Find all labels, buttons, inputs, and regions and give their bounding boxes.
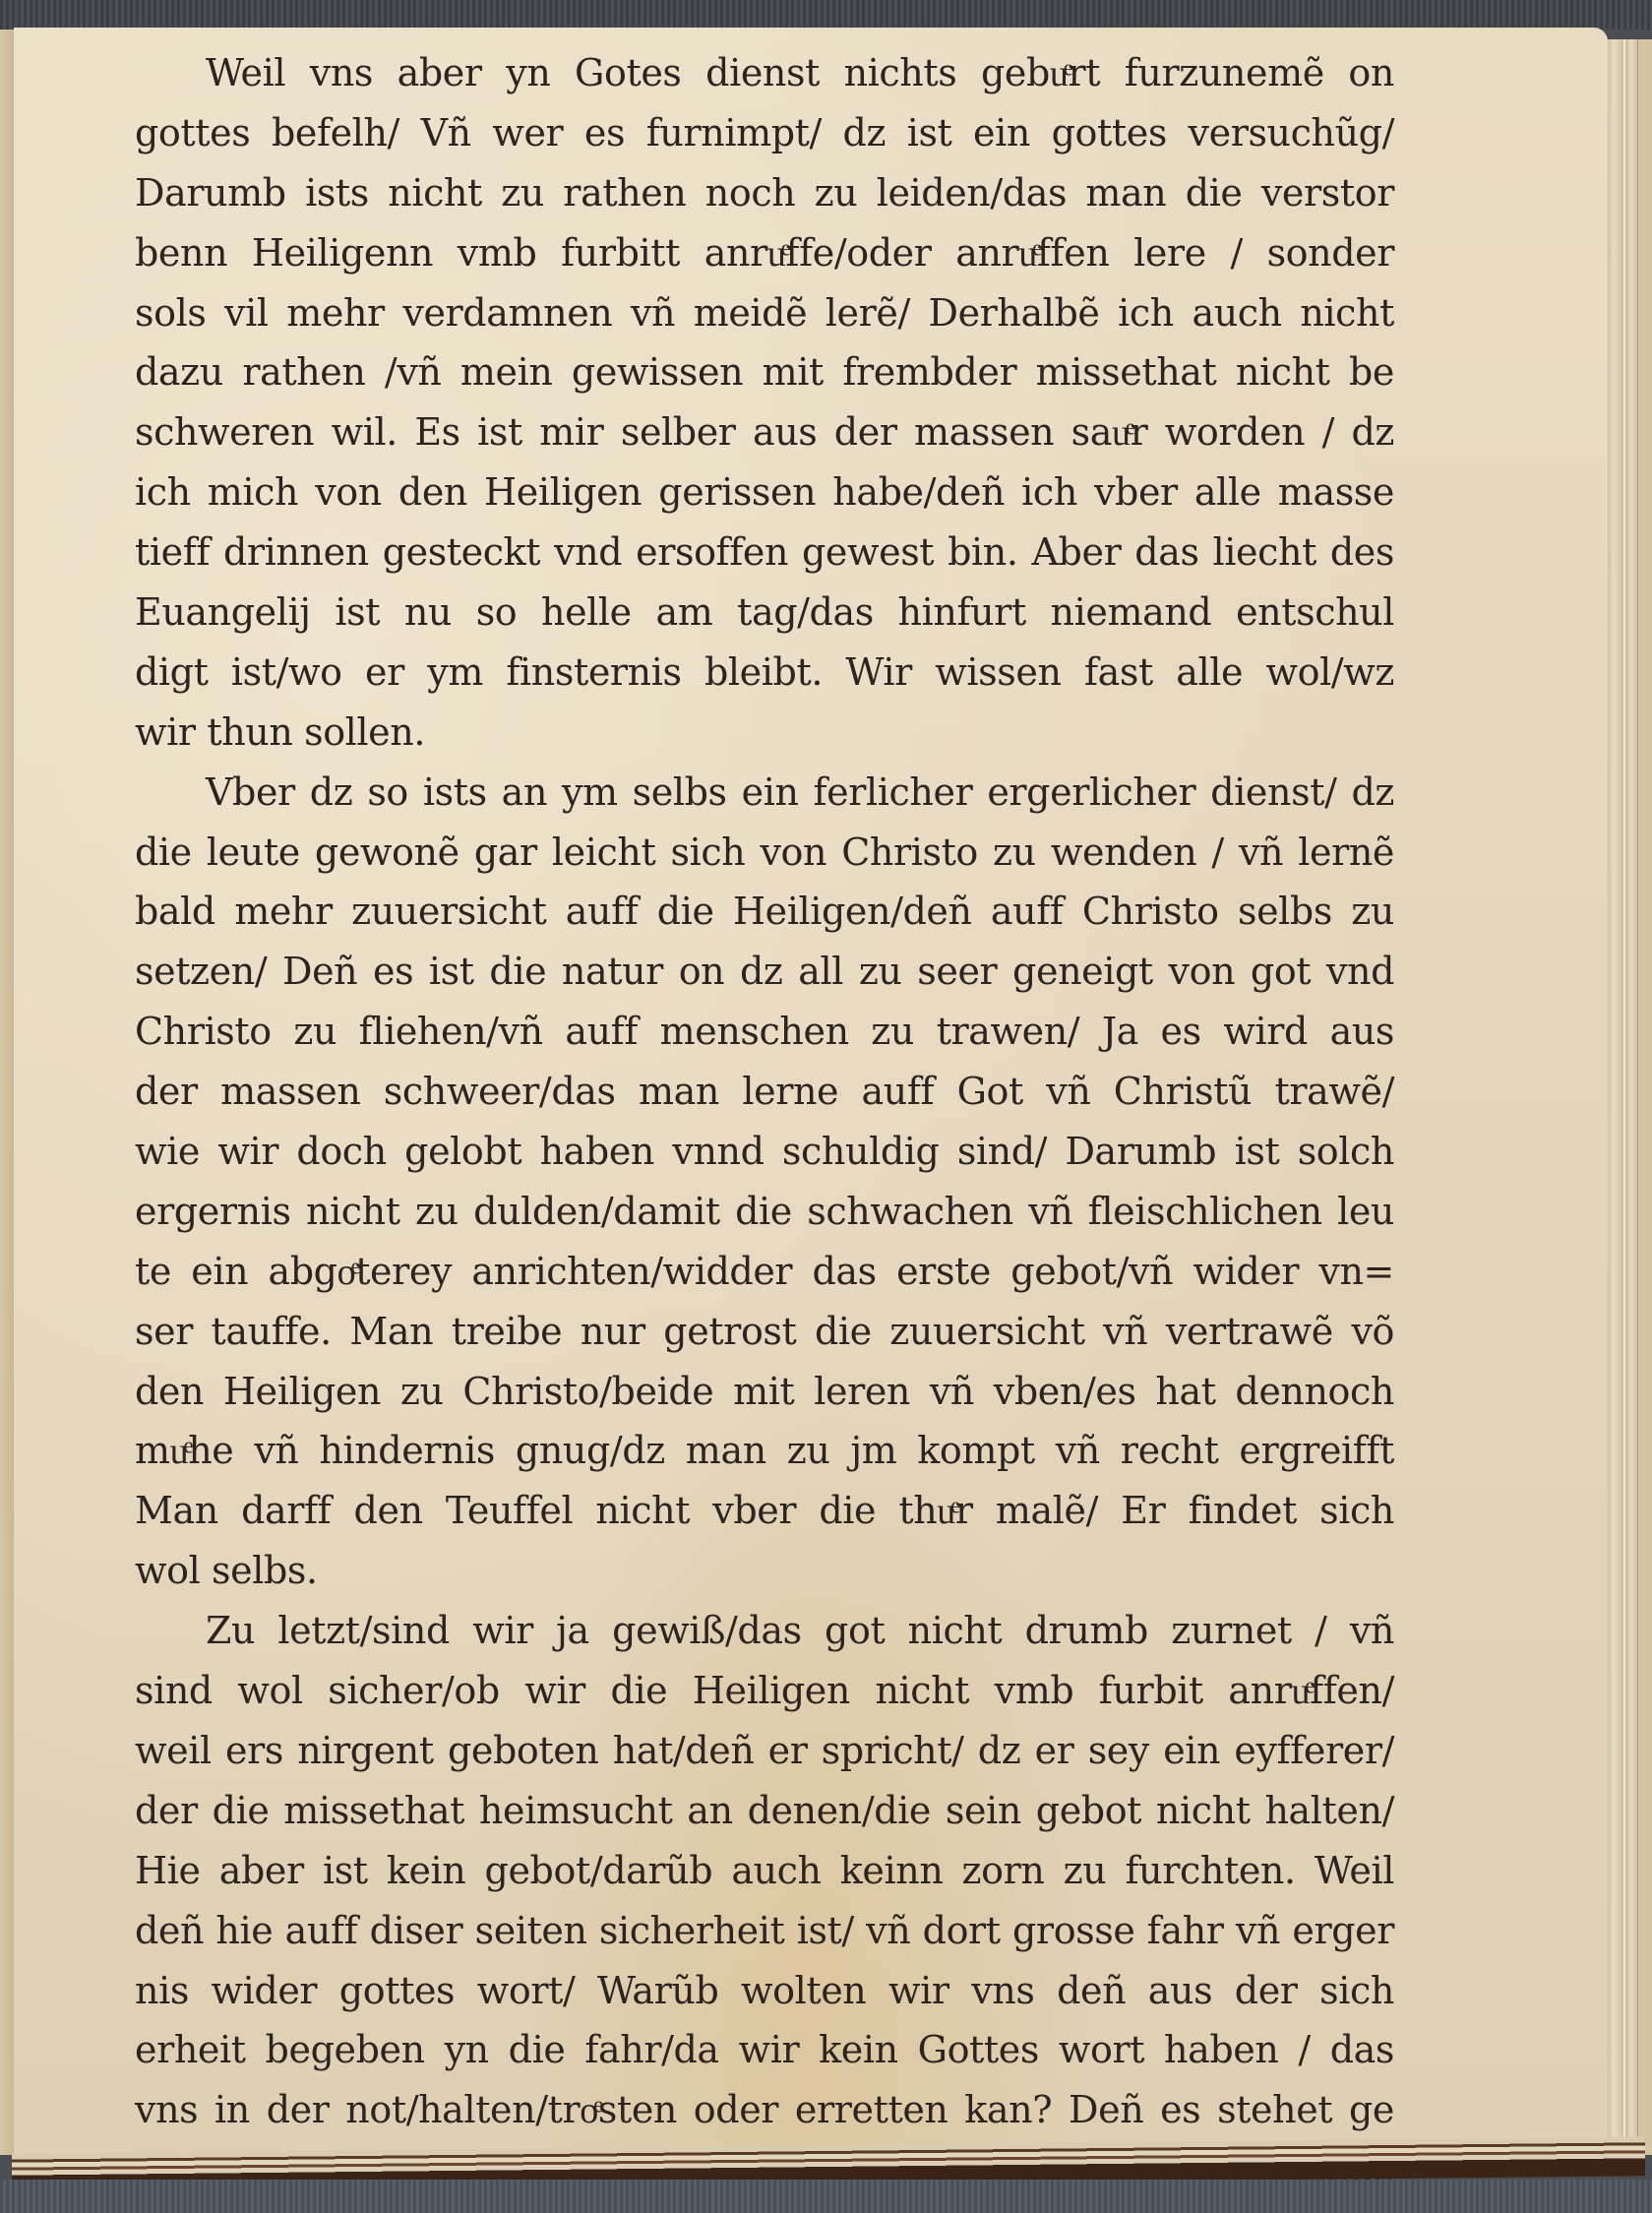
background-cloth-bottom [0,2180,1652,2213]
page-fore-edge [1637,39,1652,2155]
text-line: Zu letzt/sind wir ja gewiß/das got nicht… [135,1601,1394,1661]
text-line: setzen/ Deñ es ist die natur on dz all … [135,942,1394,1002]
text-line: der massen schweer/das man lerne auff Go… [135,1062,1394,1122]
text-line: Christo zu fliehen/vñ auff menschen zu … [135,1002,1394,1062]
text-line: die leute gewonẽ gar leicht sich von Ch… [135,823,1394,883]
text-line: dazu rathen /vñ mein gewissen mit fremb… [135,342,1394,402]
text-line: gottes befelh/ Vñ wer es furnimpt/ dz i… [135,103,1394,163]
text-line: digt ist/wo er ym finsternis bleibt. Wir… [135,643,1394,703]
text-block: Weil vns aber yn Gotes dienst nichts geb… [135,43,1394,2200]
text-line: Weil vns aber yn Gotes dienst nichts geb… [135,43,1394,103]
text-line: Man darff den Teuffel nicht vber die thu… [135,1481,1394,1541]
text-line: muͤhe vñ hindernis gnug/dz man zu jm ko… [135,1421,1394,1481]
text-line: weil ers nirgent geboten hat/deñ er spr… [135,1721,1394,1781]
text-line: Vber dz so ists an ym selbs ein ferliche… [135,763,1394,823]
text-line: sols vil mehr verdamnen vñ meidẽ lerẽ… [135,283,1394,343]
text-line: wie wir doch gelobt haben vnnd schuldig … [135,1122,1394,1182]
text-line: erheit begeben yn die fahr/da wir kein G… [135,2020,1394,2080]
text-line: sind wol sicher/ob wir die Heiligen nich… [135,1661,1394,1721]
text-line: vns in der not/halten/troͤsten oder erre… [135,2080,1394,2140]
text-line: schweren wil. Es ist mir selber aus der … [135,402,1394,462]
text-line: nis wider gottes wort/ Warũb wolten wir… [135,1961,1394,2021]
text-line: wol selbs. [135,1541,1394,1601]
text-line: der die missethat heimsucht an denen/die… [135,1781,1394,1841]
text-line: te ein abgoͤterey anrichten/widder das e… [135,1242,1394,1302]
text-line: Darumb ists nicht zu rathen noch zu leid… [135,163,1394,223]
facing-page-edge [0,30,15,2155]
text-line: ergernis nicht zu dulden/damit die schwa… [135,1182,1394,1242]
text-line: Hie aber ist kein gebot/darũb auch kein… [135,1841,1394,1901]
text-line: benn Heiligenn vmb furbitt anruͤffe/oder… [135,223,1394,283]
text-line: den Heiligen zu Christo/beide mit leren … [135,1362,1394,1422]
text-line: bald mehr zuuersicht auff die Heiligen/d… [135,882,1394,942]
paragraph-3: Zu letzt/sind wir ja gewiß/das got nicht… [135,1601,1394,2140]
paragraph-1: Weil vns aber yn Gotes dienst nichts geb… [135,43,1394,763]
text-line: ich mich von den Heiligen gerissen habe/… [135,462,1394,523]
text-line: wir thun sollen. [135,703,1394,763]
paragraph-2: Vber dz so ists an ym selbs ein ferliche… [135,763,1394,1601]
text-line: ser tauffe. Man treibe nur getrost die z… [135,1302,1394,1362]
text-line: Euangelij ist nu so helle am tag/das hin… [135,583,1394,643]
text-line: tieff drinnen gesteckt vnd ersoffen gewe… [135,523,1394,583]
text-line: deñ hie auff diser seiten sicherheit is… [135,1901,1394,1961]
background-cloth-top [0,0,1652,30]
